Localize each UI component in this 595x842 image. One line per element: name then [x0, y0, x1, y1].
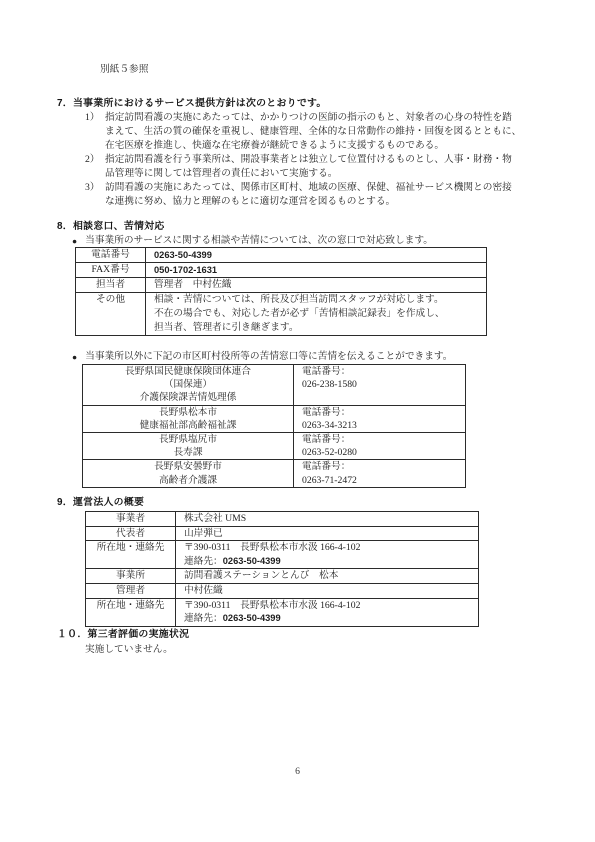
section8-bullet1: ● 当事業所のサービスに関する相談や苦情については、次の窓口で対応致します。 — [72, 234, 433, 248]
representative-name: 山岸弾已 — [176, 526, 479, 541]
page-number: 6 — [0, 765, 595, 779]
table-row: 長野県安曇野市 高齢者介護課 電話番号： 0263-71-2472 — [83, 460, 466, 487]
row-label: 所在地・連絡先 — [86, 598, 176, 626]
section7-list: 1） 指定訪問看護の実施にあたっては、かかりつけの医師の指示のもと、対象者の心身… — [85, 111, 535, 209]
section7-heading: 7．当事業所におけるサービス提供方針は次のとおりです。 — [57, 97, 327, 111]
table-row: 長野県塩尻市 長寿課 電話番号： 0263-52-0280 — [83, 433, 466, 460]
contact-number: 0263-50-4399 — [223, 556, 281, 566]
office-phone: 電話番号： 026-238-1580 — [294, 365, 466, 406]
office-name: 長野県安曇野市 高齢者介護課 — [83, 460, 294, 487]
operating-entity-table: 事業者 株式会社 UMS 代表者 山岸弾已 所在地・連絡先 〒390-0311 … — [85, 511, 479, 627]
table-row: FAX番号 050-1702-1631 — [76, 263, 487, 278]
list-item: 3） 訪問看護の実施にあたっては、関係市区町村、地域の医療、保健、福祉サービス機… — [85, 181, 535, 209]
list-item-text: 指定訪問看護の実施にあたっては、かかりつけの医師の指示のもと、対象者の心身の特性… — [105, 111, 533, 153]
office-phone: 電話番号： 0263-71-2472 — [294, 460, 466, 487]
address-line: 〒390-0311 長野県松本市水汲 166-4-102 — [184, 599, 475, 613]
table-row: 事業所 訪問看護ステーションとんび 松本 — [86, 569, 479, 584]
table-row: その他 相談・苦情については、所長及び担当訪問スタッフが対応します。 不在の場合… — [76, 293, 487, 336]
contact-number: 0263-50-4399 — [223, 613, 281, 623]
address-contact-cell: 〒390-0311 長野県松本市水汲 166-4-102 連絡先：0263-50… — [176, 598, 479, 626]
address-contact-cell: 〒390-0311 長野県松本市水汲 166-4-102 連絡先：0263-50… — [176, 541, 479, 569]
company-name: 株式会社 UMS — [176, 512, 479, 527]
table-row: 所在地・連絡先 〒390-0311 長野県松本市水汲 166-4-102 連絡先… — [86, 541, 479, 569]
table-row: 事業者 株式会社 UMS — [86, 512, 479, 527]
office-name: 長野県塩尻市 長寿課 — [83, 433, 294, 460]
bullet-icon: ● — [72, 234, 77, 248]
document-page: 別紙５参照 7．当事業所におけるサービス提供方針は次のとおりです。 1） 指定訪… — [0, 0, 595, 842]
office-name: 長野県松本市 健康福祉部高齢福祉課 — [83, 405, 294, 432]
list-item-marker: 2） — [85, 153, 105, 167]
list-item-text: 訪問看護の実施にあたっては、関係市区町村、地域の医療、保健、福祉サービス機関との… — [105, 181, 533, 209]
contact-line: 連絡先：0263-50-4399 — [184, 555, 475, 569]
office-name: 訪問看護ステーションとんび 松本 — [176, 569, 479, 584]
row-label: FAX番号 — [76, 263, 146, 278]
table-row: 管理者 中村佐織 — [86, 583, 479, 598]
row-label: 事業者 — [86, 512, 176, 527]
table-row: 所在地・連絡先 〒390-0311 長野県松本市水汲 166-4-102 連絡先… — [86, 598, 479, 626]
row-label: 担当者 — [76, 278, 146, 293]
contact-prefix: 連絡先： — [184, 613, 223, 624]
list-item-text: 指定訪問看護を行う事業所は、開設事業者とは独立して位置付けるものとし、人事・財務… — [105, 153, 533, 181]
office-phone: 電話番号： 0263-34-3213 — [294, 405, 466, 432]
row-label: 事業所 — [86, 569, 176, 584]
table-row: 担当者 管理者 中村佐織 — [76, 278, 487, 293]
row-label: その他 — [76, 293, 146, 336]
address-line: 〒390-0311 長野県松本市水汲 166-4-102 — [184, 541, 475, 555]
table-row: 長野県松本市 健康福祉部高齢福祉課 電話番号： 0263-34-3213 — [83, 405, 466, 432]
fax-number-value: 050-1702-1631 — [146, 263, 487, 278]
section10-body: 実施していません。 — [85, 643, 173, 657]
table-row: 電話番号 0263-50-4399 — [76, 248, 487, 263]
complaint-contact-table: 電話番号 0263-50-4399 FAX番号 050-1702-1631 担当… — [75, 247, 487, 336]
section8-bullet2: ● 当事業所以外に下記の市区町村役所等の苦情窓口等に苦情を伝えることができます。 — [72, 350, 453, 364]
section9-heading: 9．運営法人の概要 — [57, 496, 144, 510]
bullet-text: 当事業所以外に下記の市区町村役所等の苦情窓口等に苦情を伝えることができます。 — [85, 350, 452, 364]
row-label: 代表者 — [86, 526, 176, 541]
top-note: 別紙５参照 — [100, 63, 148, 77]
phone-number-value: 0263-50-4399 — [146, 248, 487, 263]
list-item-marker: 3） — [85, 181, 105, 195]
office-phone: 電話番号： 0263-52-0280 — [294, 433, 466, 460]
list-item: 2） 指定訪問看護を行う事業所は、開設事業者とは独立して位置付けるものとし、人事… — [85, 153, 535, 181]
office-name: 長野県国民健康保険団体連合 （国保連） 介護保険課苦情処理係 — [83, 365, 294, 406]
bullet-text: 当事業所のサービスに関する相談や苦情については、次の窓口で対応致します。 — [85, 234, 433, 248]
other-notes-value: 相談・苦情については、所長及び担当訪問スタッフが対応します。 不在の場合でも、対… — [146, 293, 487, 336]
staff-value: 管理者 中村佐織 — [146, 278, 487, 293]
contact-line: 連絡先：0263-50-4399 — [184, 612, 475, 626]
section8-heading: 8．相談窓口、苦情対応 — [57, 220, 165, 234]
municipal-complaint-table: 長野県国民健康保険団体連合 （国保連） 介護保険課苦情処理係 電話番号： 026… — [82, 364, 466, 488]
row-label: 所在地・連絡先 — [86, 541, 176, 569]
row-label: 管理者 — [86, 583, 176, 598]
row-label: 電話番号 — [76, 248, 146, 263]
list-item-marker: 1） — [85, 111, 105, 125]
section10-heading: １０．第三者評価の実施状況 — [57, 628, 189, 642]
table-row: 代表者 山岸弾已 — [86, 526, 479, 541]
manager-name: 中村佐織 — [176, 583, 479, 598]
bullet-icon: ● — [72, 350, 77, 364]
table-row: 長野県国民健康保険団体連合 （国保連） 介護保険課苦情処理係 電話番号： 026… — [83, 365, 466, 406]
list-item: 1） 指定訪問看護の実施にあたっては、かかりつけの医師の指示のもと、対象者の心身… — [85, 111, 535, 153]
contact-prefix: 連絡先： — [184, 556, 223, 567]
